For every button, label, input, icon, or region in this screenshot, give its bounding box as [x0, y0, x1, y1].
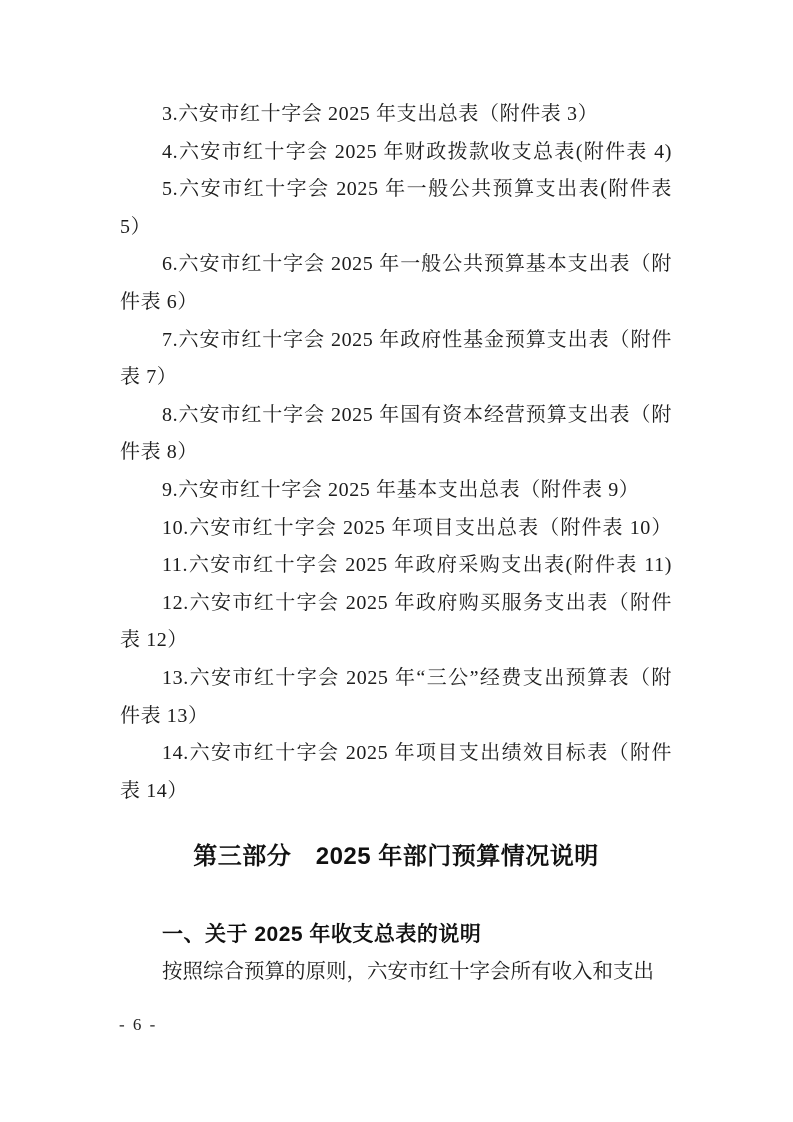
attachment-item-14: 14.六安市红十字会 2025 年项目支出绩效目标表（附件	[120, 735, 672, 773]
attachment-item-8-continuation: 件表 8）	[120, 434, 672, 472]
subsection-heading: 一、关于 2025 年收支总表的说明	[120, 916, 672, 954]
attachment-item-10: 10.六安市红十字会 2025 年项目支出总表（附件表 10）	[120, 510, 672, 548]
document-page: 3.六安市红十字会 2025 年支出总表（附件表 3） 4.六安市红十字会 20…	[0, 0, 793, 1122]
body-paragraph: 按照综合预算的原则，六安市红十字会所有收入和支出	[120, 954, 672, 992]
attachment-item-3: 3.六安市红十字会 2025 年支出总表（附件表 3）	[120, 96, 672, 134]
attachment-item-12-continuation: 表 12）	[120, 622, 672, 660]
attachment-item-4: 4.六安市红十字会 2025 年财政拨款收支总表(附件表 4)	[120, 134, 672, 172]
attachment-item-13-continuation: 件表 13）	[120, 698, 672, 736]
attachment-item-8: 8.六安市红十字会 2025 年国有资本经营预算支出表（附	[120, 397, 672, 435]
attachment-item-11: 11.六安市红十字会 2025 年政府采购支出表(附件表 11)	[120, 547, 672, 585]
attachment-item-5-continuation: 5）	[120, 209, 672, 247]
attachment-item-7: 7.六安市红十字会 2025 年政府性基金预算支出表（附件	[120, 322, 672, 360]
attachment-item-6: 6.六安市红十字会 2025 年一般公共预算基本支出表（附	[120, 246, 672, 284]
attachment-item-12: 12.六安市红十字会 2025 年政府购买服务支出表（附件	[120, 585, 672, 623]
attachment-item-13: 13.六安市红十字会 2025 年“三公”经费支出预算表（附	[120, 660, 672, 698]
attachment-item-6-continuation: 件表 6）	[120, 284, 672, 322]
section-heading: 第三部分 2025 年部门预算情况说明	[120, 836, 672, 878]
attachment-item-5: 5.六安市红十字会 2025 年一般公共预算支出表(附件表	[120, 171, 672, 209]
page-number: - 6 -	[119, 1015, 157, 1035]
attachment-item-14-continuation: 表 14）	[120, 773, 672, 811]
document-content: 3.六安市红十字会 2025 年支出总表（附件表 3） 4.六安市红十字会 20…	[120, 96, 672, 991]
attachment-item-7-continuation: 表 7）	[120, 359, 672, 397]
attachment-item-9: 9.六安市红十字会 2025 年基本支出总表（附件表 9）	[120, 472, 672, 510]
